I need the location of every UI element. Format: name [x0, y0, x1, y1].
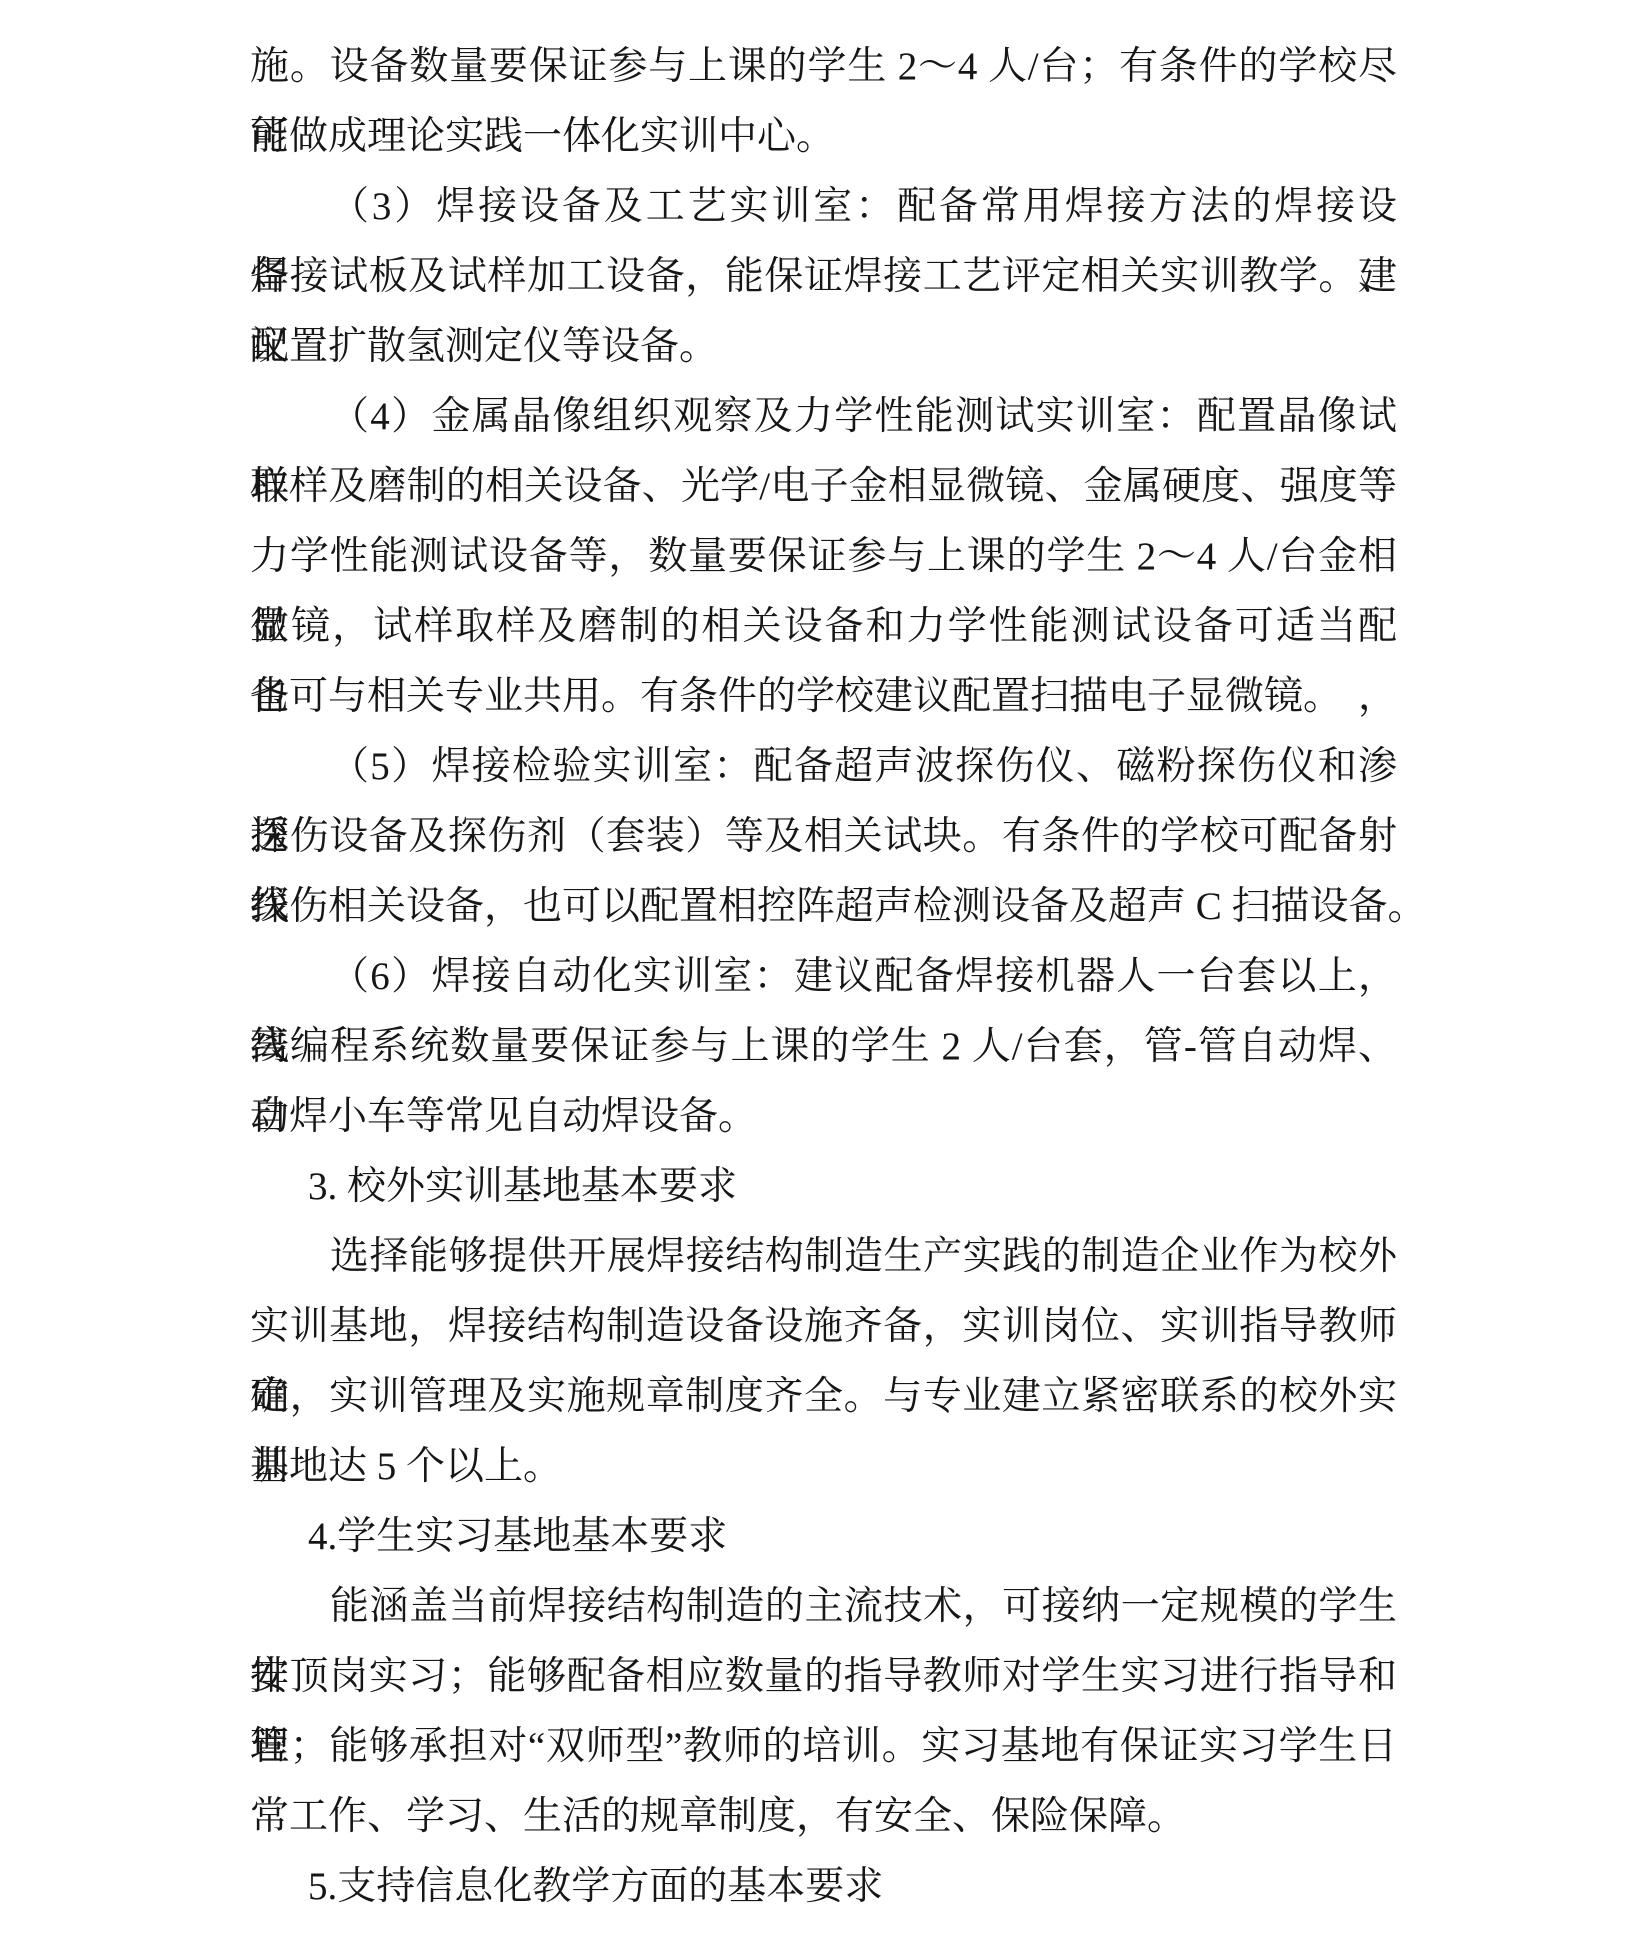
text-line: 实训基地，焊接结构制造设备设施齐备，实训岗位、实训指导教师确 [250, 1292, 1397, 1362]
text-line: 排顶岗实习；能够配备相应数量的指导教师对学生实习进行指导和管 [250, 1642, 1397, 1712]
text-line: 能做成理论实践一体化实训中心。 [250, 102, 1397, 172]
text-line: （5）焊接检验实训室：配备超声波探伤仪、磁粉探伤仪和渗透 [250, 732, 1397, 802]
text-line: 定，实训管理及实施规章制度齐全。与专业建立紧密联系的校外实训 [250, 1362, 1397, 1432]
text-line: （3）焊接设备及工艺实训室：配备常用焊接方法的焊接设备、 [250, 172, 1397, 242]
text-line: 焊接试板及试样加工设备，能保证焊接工艺评定相关实训教学。建议 [250, 242, 1397, 312]
text-line: 线编程系统数量要保证参与上课的学生 2 人/台套，管-管自动焊、自 [250, 1012, 1397, 1082]
text-line: 理；能够承担对“双师型”教师的培训。实习基地有保证实习学生日 [250, 1712, 1397, 1782]
text-line: 能涵盖当前焊接结构制造的主流技术，可接纳一定规模的学生安 [250, 1572, 1397, 1642]
page-body: 施。设备数量要保证参与上课的学生 2～4 人/台；有条件的学校尽可 能做成理论实… [250, 32, 1397, 1922]
text-line: 基地达 5 个以上。 [250, 1432, 1397, 1502]
text-line: 也可与相关专业共用。有条件的学校建议配置扫描电子显微镜。 [250, 662, 1397, 732]
text-line: 力学性能测试设备等，数量要保证参与上课的学生 2～4 人/台金相显 [250, 522, 1397, 592]
text-line: 施。设备数量要保证参与上课的学生 2～4 人/台；有条件的学校尽可 [250, 32, 1397, 102]
text-line: （6）焊接自动化实训室：建议配备焊接机器人一台套以上，离 [250, 942, 1397, 1012]
text-line: 配置扩散氢测定仪等设备。 [250, 312, 1397, 382]
section-heading: 4.学生实习基地基本要求 [250, 1502, 1397, 1572]
text-line: 探伤相关设备，也可以配置相控阵超声检测设备及超声 C 扫描设备。 [250, 872, 1397, 942]
section-heading: 5.支持信息化教学方面的基本要求 [250, 1852, 1397, 1922]
section-heading: 3. 校外实训基地基本要求 [250, 1152, 1397, 1222]
text-line: 微镜，试样取样及磨制的相关设备和力学性能测试设备可适当配备， [250, 592, 1397, 662]
text-line: 探伤设备及探伤剂（套装）等及相关试块。有条件的学校可配备射线 [250, 802, 1397, 872]
document-page: 施。设备数量要保证参与上课的学生 2～4 人/台；有条件的学校尽可 能做成理论实… [0, 0, 1648, 1936]
text-line: 取样及磨制的相关设备、光学/电子金相显微镜、金属硬度、强度等 [250, 452, 1397, 522]
text-line: 动焊小车等常见自动焊设备。 [250, 1082, 1397, 1152]
text-line: （4）金属晶像组织观察及力学性能测试实训室：配置晶像试样 [250, 382, 1397, 452]
text-line: 常工作、学习、生活的规章制度，有安全、保险保障。 [250, 1782, 1397, 1852]
text-line: 选择能够提供开展焊接结构制造生产实践的制造企业作为校外 [250, 1222, 1397, 1292]
